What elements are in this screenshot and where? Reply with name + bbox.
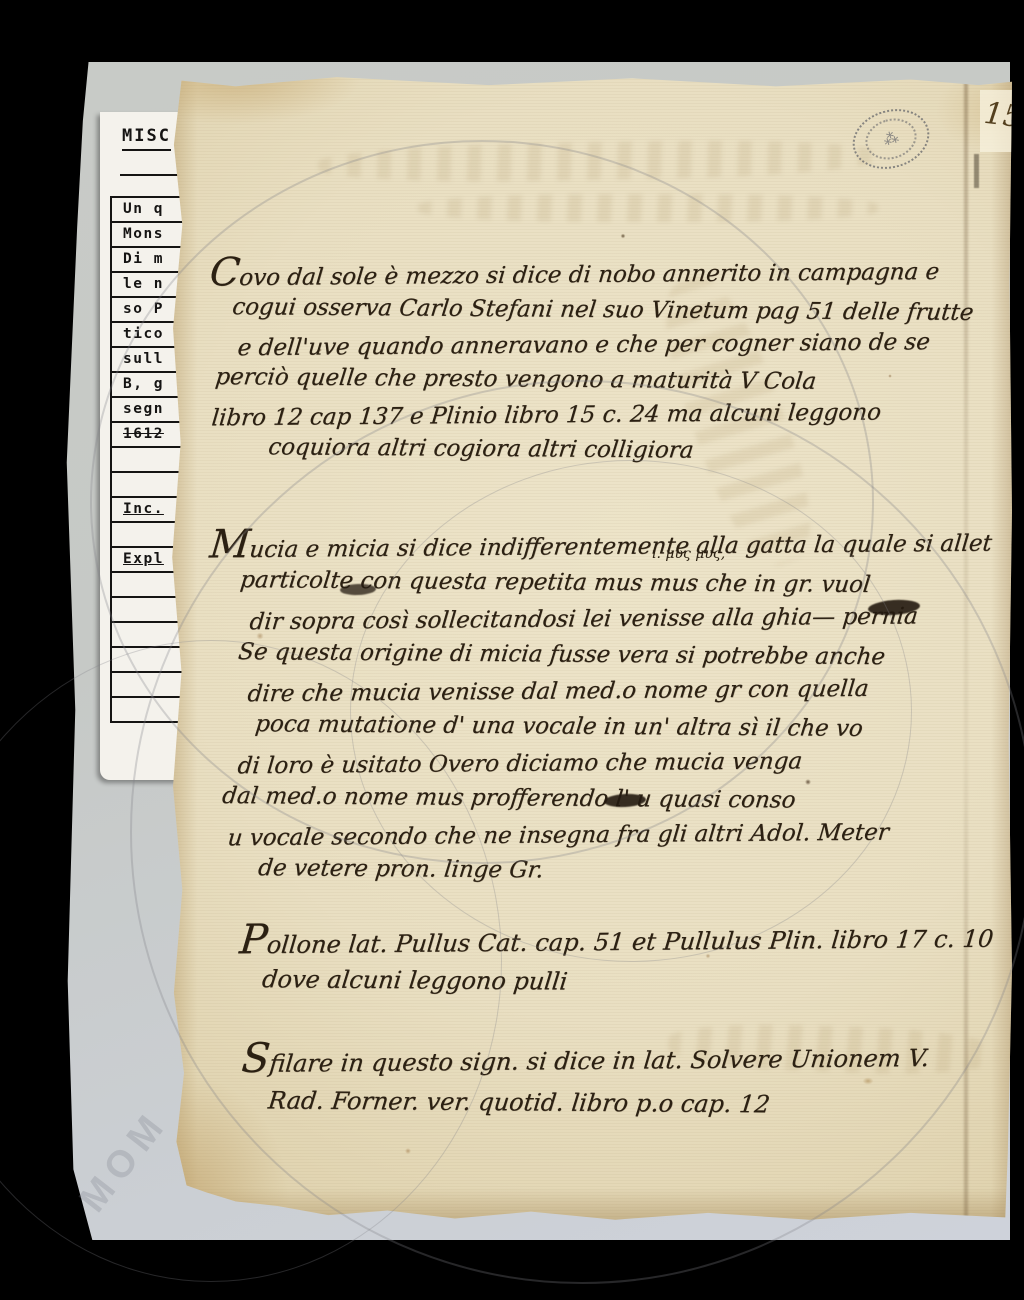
bleedthrough-smudge — [418, 194, 878, 222]
manuscript-line: Se questa origine di micia fusse vera si… — [236, 634, 993, 676]
catalog-card-title: MISC — [122, 126, 171, 151]
manuscript-paragraph: Covo dal sole è mezzo si dice di nobo an… — [168, 252, 974, 468]
manuscript-line: coquiora altri cogiora altri colligiora — [266, 430, 975, 471]
page-edge-tear — [974, 154, 979, 188]
manuscript-line: particolte con questa repetita mus mus c… — [238, 562, 993, 604]
folio-number-patch: 15 — [980, 90, 1012, 152]
manuscript-line: Mucia e micia si dice indifferentemente … — [208, 521, 994, 569]
manuscript-line: de vetere pron. linge Gr. — [256, 850, 993, 892]
manuscript-page: ⁂ 15 Covo dal sole è mezzo si dice di no… — [168, 76, 1012, 1222]
manuscript-paragraph: Mucia e micia si dice indifferentemente … — [168, 524, 992, 889]
manuscript-line: Sfilare in questo sign. si dice in lat. … — [239, 1031, 931, 1085]
folio-number: 15 — [982, 96, 1024, 135]
manuscript-scan-viewport: { "scan": { "background_color": "#000000… — [0, 0, 1024, 1300]
manuscript-line: dove alcuni leggono pulli — [260, 959, 995, 1005]
manuscript-paragraph: Sfilare in questo sign. si dice in lat. … — [168, 1034, 929, 1124]
manuscript-paragraph: Pollone lat. Pullus Cat. cap. 51 et Pull… — [168, 916, 993, 1002]
manuscript-line: dire che mucia venisse dal med.o nome gr… — [246, 670, 994, 712]
manuscript-line: e dell'uve quando anneravano e che per c… — [236, 325, 976, 366]
manuscript-line: Covo dal sole è mezzo si dice di nobo an… — [208, 249, 976, 297]
manuscript-line: di loro è usitato Overo diciamo che muci… — [236, 742, 994, 785]
manuscript-line: Rad. Forner. ver. quotid. libro p.o cap.… — [266, 1079, 931, 1126]
manuscript-line: Pollone lat. Pullus Cat. cap. 51 et Pull… — [237, 913, 995, 966]
manuscript-line: poca mutatione d' una vocale in un' altr… — [253, 706, 993, 748]
